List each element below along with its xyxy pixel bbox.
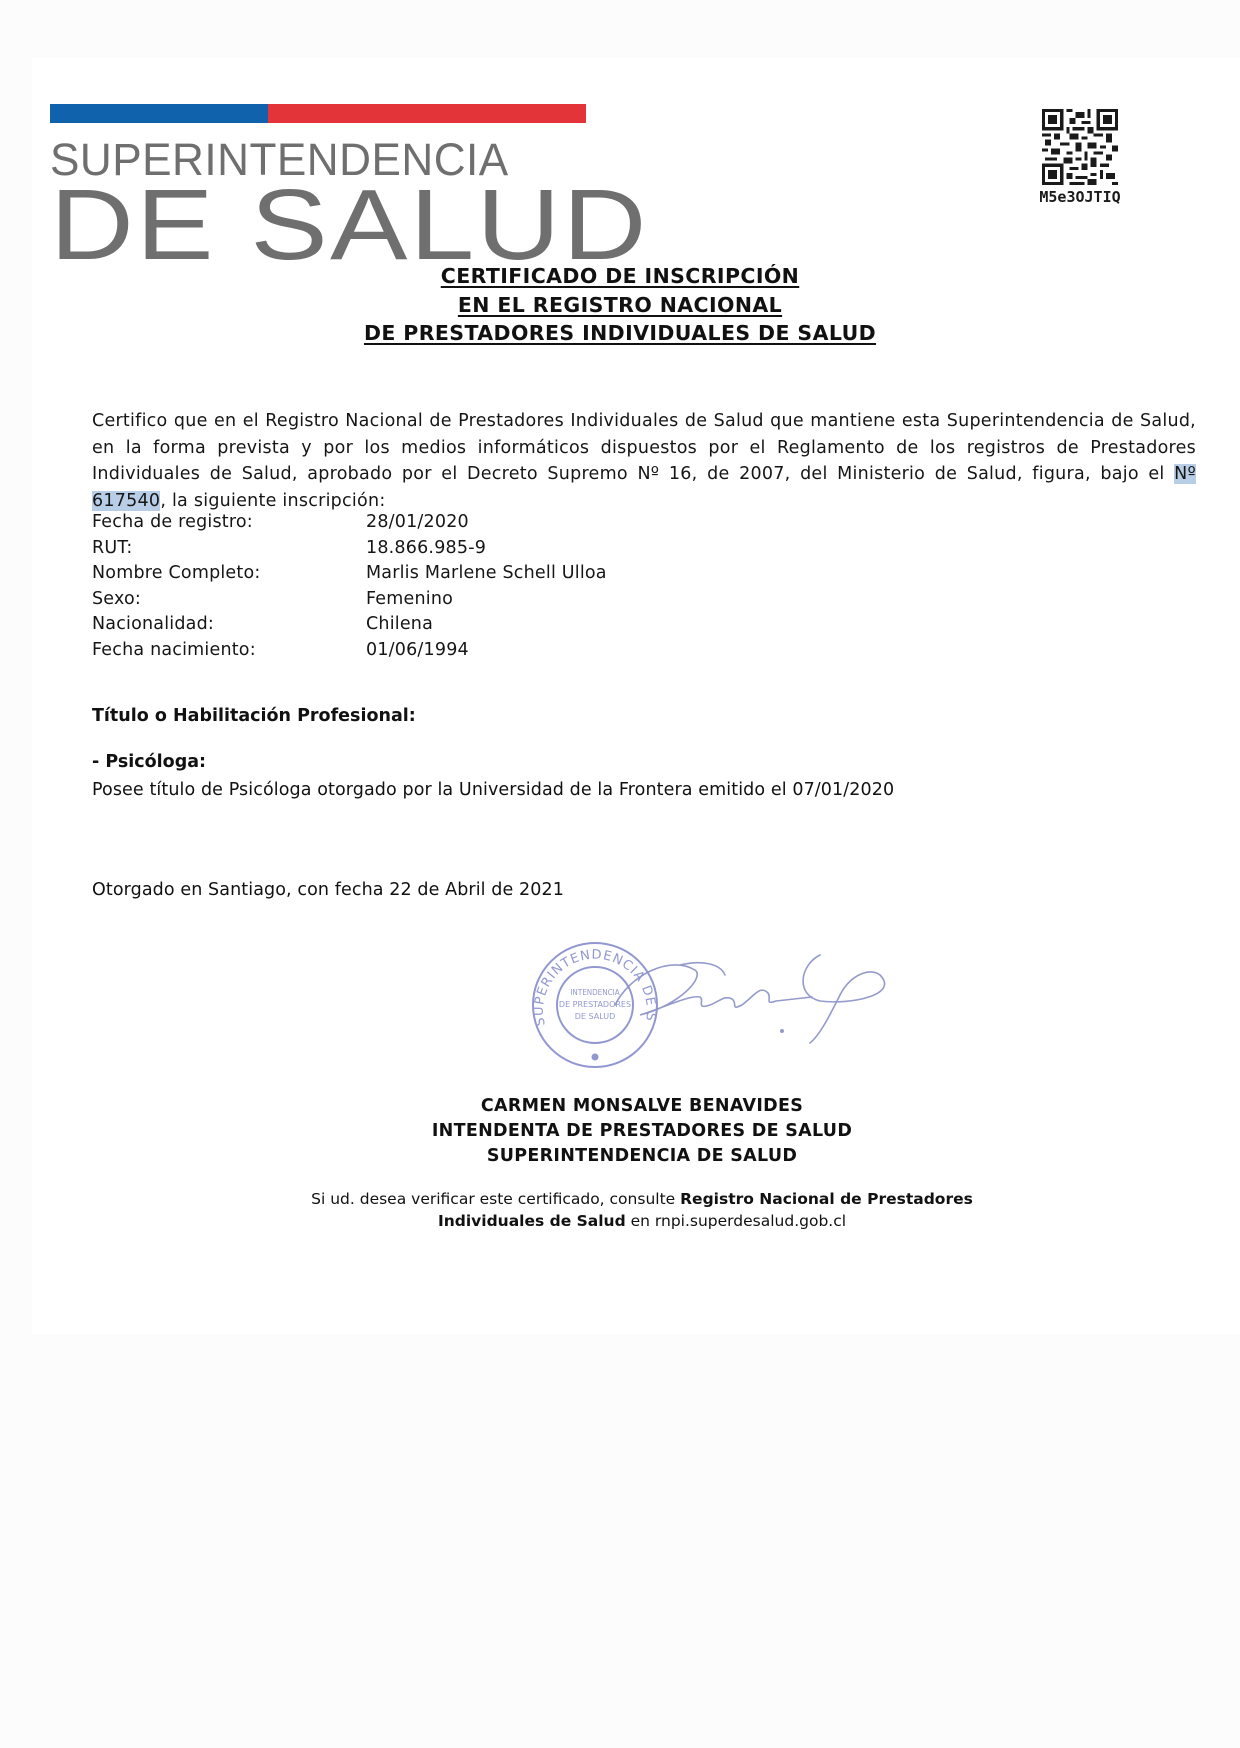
field-row-rut: RUT: 18.866.985-9 bbox=[92, 536, 607, 562]
field-label: Sexo: bbox=[92, 587, 366, 613]
signer-institution: SUPERINTENDENCIA DE SALUD bbox=[0, 1144, 1240, 1169]
stamp-and-signature: SUPERINTENDENCIA DE SALUD INTENDENCIA DE… bbox=[520, 935, 910, 1075]
qr-block: M5e3OJTIQ bbox=[1017, 108, 1143, 206]
certification-paragraph: Certifico que en el Registro Nacional de… bbox=[92, 408, 1196, 514]
field-row-nationality: Nacionalidad: Chilena bbox=[92, 612, 607, 638]
logo-text-line2: DE SALUD bbox=[50, 184, 672, 266]
verify-registry-name-cont: Individuales de Salud bbox=[438, 1212, 626, 1230]
superintendencia-logo: SUPERINTENDENCIA DE SALUD bbox=[50, 104, 586, 266]
verify-registry-name: Registro Nacional de Prestadores bbox=[680, 1190, 973, 1208]
official-stamp-icon: SUPERINTENDENCIA DE SALUD INTENDENCIA DE… bbox=[520, 935, 658, 1067]
field-row-registration-date: Fecha de registro: 28/01/2020 bbox=[92, 510, 607, 536]
signer-name: CARMEN MONSALVE BENAVIDES bbox=[0, 1094, 1240, 1119]
registration-fields: Fecha de registro: 28/01/2020 RUT: 18.86… bbox=[92, 510, 607, 663]
field-value: 18.866.985-9 bbox=[366, 536, 486, 562]
field-value: Chilena bbox=[366, 612, 433, 638]
field-value: Marlis Marlene Schell Ulloa bbox=[366, 561, 607, 587]
field-label: Nombre Completo: bbox=[92, 561, 366, 587]
field-label: Fecha de registro: bbox=[92, 510, 366, 536]
flag-bar bbox=[50, 104, 586, 123]
paragraph-text: Certifico que en el Registro Nacional de… bbox=[92, 411, 1196, 484]
title-line-1: CERTIFICADO DE INSCRIPCIÓN bbox=[441, 264, 800, 288]
qr-verification-code: M5e3OJTIQ bbox=[1017, 188, 1143, 206]
issue-place-date: Otorgado en Santiago, con fecha 22 de Ab… bbox=[92, 880, 564, 900]
paragraph-ending: , la siguiente inscripción: bbox=[160, 491, 385, 511]
field-label: Nacionalidad: bbox=[92, 612, 366, 638]
field-row-sex: Sexo: Femenino bbox=[92, 587, 607, 613]
verify-prefix: Si ud. desea verificar este certificado,… bbox=[311, 1190, 680, 1208]
title-line-2: EN EL REGISTRO NACIONAL bbox=[458, 293, 782, 317]
signer-position: INTENDENTA DE PRESTADORES DE SALUD bbox=[0, 1119, 1240, 1144]
title-line-3: DE PRESTADORES INDIVIDUALES DE SALUD bbox=[364, 321, 876, 345]
flag-bar-blue bbox=[50, 104, 268, 123]
profession-title: - Psicóloga: bbox=[92, 752, 206, 772]
signer-block: CARMEN MONSALVE BENAVIDES INTENDENTA DE … bbox=[0, 1094, 1240, 1169]
profession-description: Posee título de Psicóloga otorgado por l… bbox=[92, 780, 894, 800]
field-label: RUT: bbox=[92, 536, 366, 562]
verification-note: Si ud. desea verificar este certificado,… bbox=[0, 1188, 1240, 1232]
field-row-full-name: Nombre Completo: Marlis Marlene Schell U… bbox=[92, 561, 607, 587]
field-value: Femenino bbox=[366, 587, 453, 613]
field-value: 01/06/1994 bbox=[366, 638, 469, 664]
svg-text:INTENDENCIA: INTENDENCIA bbox=[570, 988, 619, 997]
qr-code-icon bbox=[1042, 108, 1118, 186]
field-label: Fecha nacimiento: bbox=[92, 638, 366, 664]
flag-bar-red bbox=[268, 104, 586, 123]
svg-text:DE PRESTADORES: DE PRESTADORES bbox=[559, 1000, 631, 1009]
certificate-title: CERTIFICADO DE INSCRIPCIÓN EN EL REGISTR… bbox=[0, 262, 1240, 348]
verify-middle: en bbox=[626, 1212, 655, 1230]
field-value: 28/01/2020 bbox=[366, 510, 469, 536]
field-row-birth-date: Fecha nacimiento: 01/06/1994 bbox=[92, 638, 607, 664]
verify-url[interactable]: rnpi.superdesalud.gob.cl bbox=[655, 1212, 846, 1230]
svg-text:DE SALUD: DE SALUD bbox=[575, 1012, 616, 1021]
profession-heading: Título o Habilitación Profesional: bbox=[92, 706, 416, 726]
